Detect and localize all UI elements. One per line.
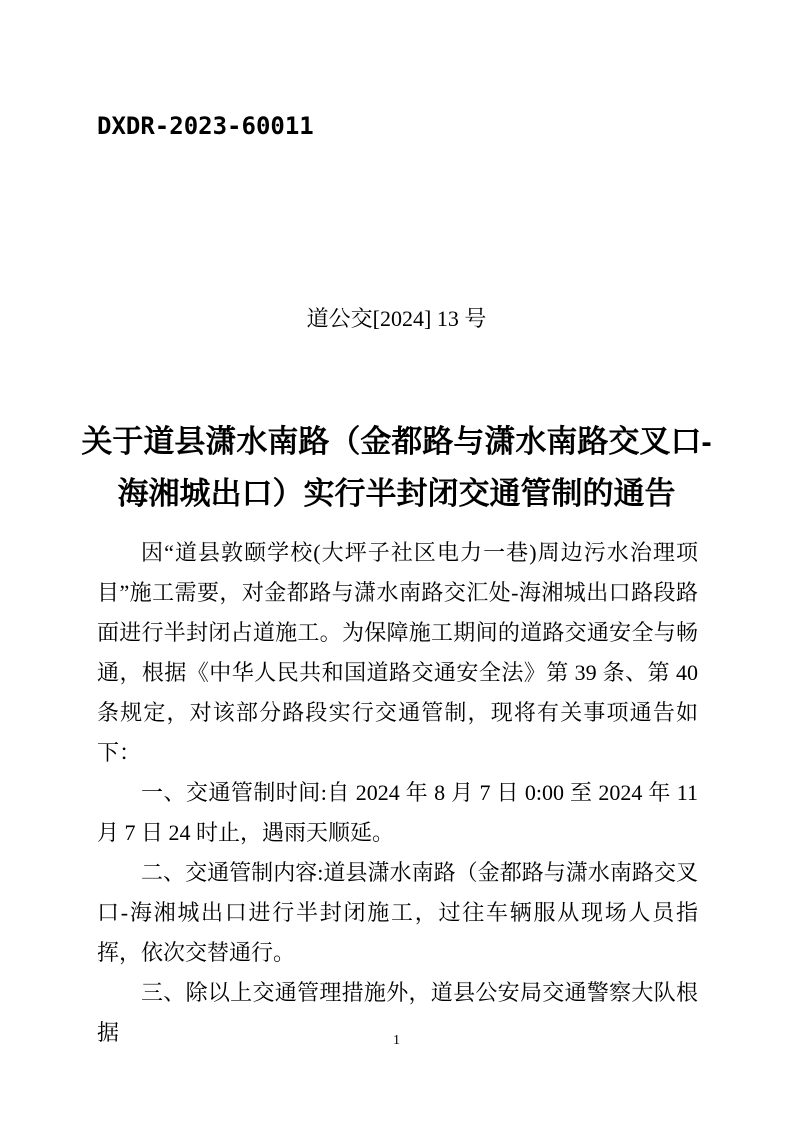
issue-number: 道公交[2024] 13 号 <box>0 302 793 333</box>
body-paragraph-intro: 因“道县敦颐学校(大坪子社区电力一巷)周边污水治理项目”施工需要，对金都路与潇水… <box>97 533 698 773</box>
doc-reference-code: DXDR-2023-60011 <box>97 112 314 140</box>
document-body: 因“道县敦颐学校(大坪子社区电力一巷)周边污水治理项目”施工需要，对金都路与潇水… <box>97 533 698 1053</box>
document-page: DXDR-2023-60011 道公交[2024] 13 号 关于道县潇水南路（… <box>0 0 793 1122</box>
title-line-2: 海湘城出口）实行半封闭交通管制的通告 <box>44 468 749 520</box>
title-line-1: 关于道县潇水南路（金都路与潇水南路交叉口- <box>44 416 749 468</box>
body-paragraph-item-1: 一、交通管制时间:自 2024 年 8 月 7 日 0:00 至 2024 年 … <box>97 773 698 853</box>
body-paragraph-item-2: 二、交通管制内容:道县潇水南路（金都路与潇水南路交叉口-海湘城出口进行半封闭施工… <box>97 853 698 973</box>
page-number: 1 <box>0 1033 793 1049</box>
document-title: 关于道县潇水南路（金都路与潇水南路交叉口- 海湘城出口）实行半封闭交通管制的通告 <box>44 416 749 520</box>
